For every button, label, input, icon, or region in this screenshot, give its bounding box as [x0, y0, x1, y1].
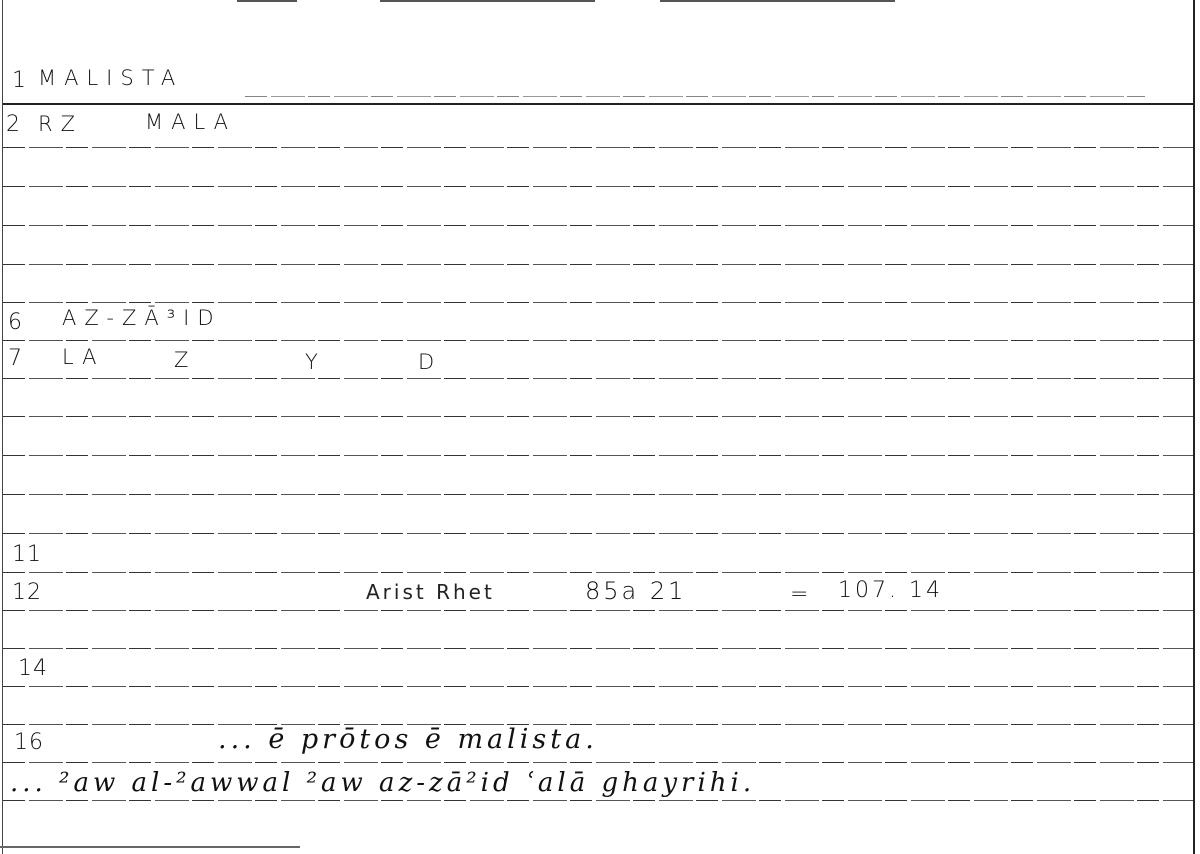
ruled-line [3, 225, 1193, 226]
line-number: 14 [18, 656, 48, 681]
ruled-line [3, 147, 1193, 148]
ruled-line [3, 648, 1193, 649]
headword: MALISTA [38, 66, 183, 90]
greek-quotation: ... ē prōtos ē malista. [218, 724, 598, 755]
ruled-line [3, 264, 1193, 265]
line-number: 6 [8, 310, 23, 335]
ruled-line [3, 762, 1193, 763]
root-part: D [418, 350, 442, 374]
ruled-line [3, 572, 1193, 573]
line-number: 12 [12, 580, 42, 605]
top-edge-fragment [380, 0, 595, 2]
root-word: MALA [145, 110, 236, 134]
bottom-edge-fragment [0, 846, 300, 848]
line-number: 7 [8, 346, 23, 371]
line-number: 1 [12, 68, 27, 93]
ruled-line [3, 724, 1193, 725]
top-edge-fragment [237, 0, 297, 2]
line-number: 16 [14, 730, 44, 755]
root-part: Z [174, 348, 196, 372]
ruled-line [3, 686, 1193, 687]
ruled-line [3, 533, 1193, 534]
ruled-line [3, 378, 1193, 379]
ruled-line [3, 455, 1193, 456]
root-part: Y [305, 350, 326, 374]
ruled-line [3, 416, 1193, 417]
arabic-translation: ... ²aw al-²awwal ²aw az-zā²id ʿalā ghay… [10, 768, 755, 798]
ruled-line-header [3, 103, 1193, 105]
ruled-line [3, 610, 1193, 611]
line-number: 2 [6, 112, 21, 137]
ruled-line-faint [245, 96, 1145, 97]
equals-sign: = [790, 582, 809, 607]
line-number: 11 [12, 542, 42, 567]
source-label: Arist Rhet [366, 580, 495, 604]
card-right-edge [1193, 0, 1195, 854]
ruled-line [3, 800, 1193, 801]
ruled-line [3, 340, 1193, 341]
arabic-reference: 107. 14 [838, 578, 943, 603]
ruled-line [3, 302, 1193, 303]
root-letters: RZ [38, 112, 83, 136]
root-part: LA [62, 345, 105, 369]
card-left-edge [2, 0, 3, 854]
ruled-line [3, 186, 1193, 187]
index-card: 1 MALISTA 2 RZ MALA 6 AZ-ZĀ³ID 7 LA Z Y … [0, 0, 1200, 854]
top-edge-fragment [660, 0, 895, 2]
ruled-line [3, 494, 1193, 495]
arabic-form: AZ-ZĀ³ID [62, 306, 222, 330]
greek-reference: 85a 21 [585, 577, 686, 605]
